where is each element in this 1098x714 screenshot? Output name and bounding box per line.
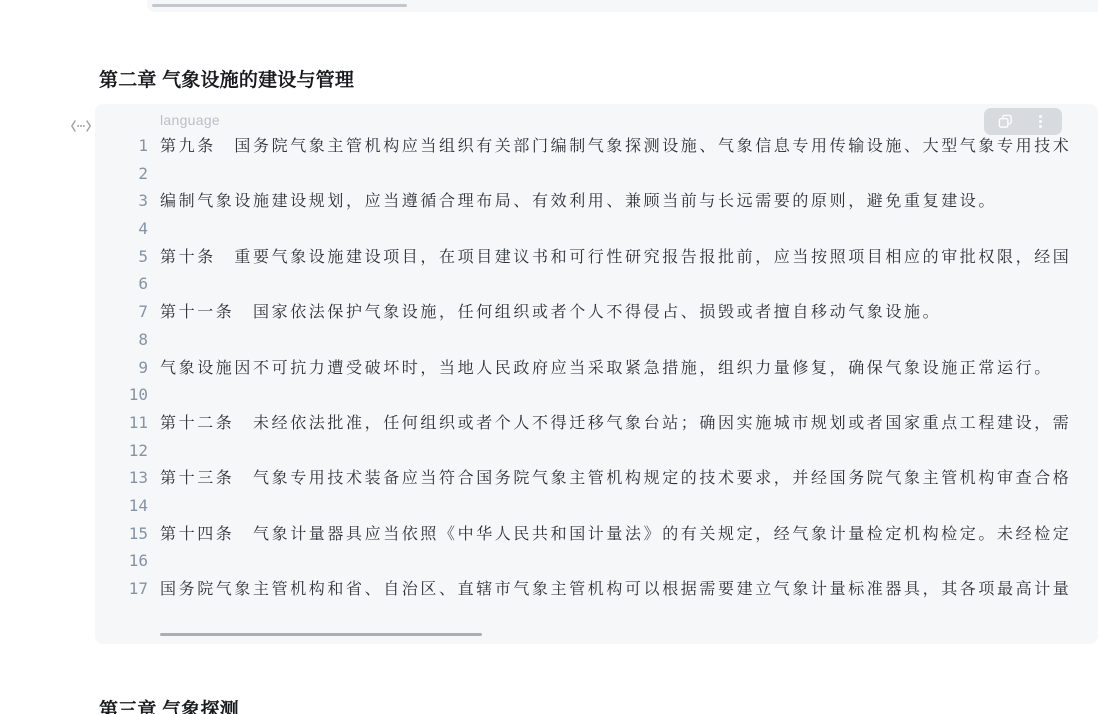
line-number: 16	[95, 547, 148, 575]
line-text: 气象设施因不可抗力遭受破坏时，当地人民政府应当采取紧急措施，组织力量修复，确保气…	[160, 354, 1053, 382]
code-content: 1第九条 国务院气象主管机构应当组织有关部门编制气象探测设施、气象信息专用传输设…	[95, 132, 1098, 603]
line-number: 7	[95, 298, 148, 326]
horizontal-scrollbar-thumb[interactable]	[160, 633, 482, 636]
previous-code-block-bottom	[147, 0, 1098, 12]
code-line: 2	[95, 160, 1098, 188]
code-line: 8	[95, 326, 1098, 354]
line-number: 8	[95, 326, 148, 354]
line-number: 12	[95, 437, 148, 465]
chapter-3-heading: 第三章 气象探测	[99, 695, 239, 714]
line-number: 10	[95, 381, 148, 409]
line-number: 2	[95, 160, 148, 188]
line-number: 3	[95, 187, 148, 215]
copy-icon	[998, 114, 1013, 129]
copy-button[interactable]	[993, 109, 1019, 135]
more-options-button[interactable]	[1027, 109, 1053, 135]
code-line: 6	[95, 270, 1098, 298]
code-block-toolbar	[984, 108, 1062, 135]
line-text: 第十三条 气象专用技术装备应当符合国务院气象主管机构规定的技术要求，并经国务院气…	[160, 464, 1071, 492]
code-language-selector[interactable]: language	[160, 112, 220, 128]
code-line: 11第十二条 未经依法批准，任何组织或者个人不得迁移气象台站；确因实施城市规划或…	[95, 409, 1098, 437]
line-number: 6	[95, 270, 148, 298]
code-block: language 1第九条 国务院气象主管机构应当组织有关部门编制气象探测设施、…	[95, 104, 1098, 644]
line-number: 17	[95, 575, 148, 603]
line-number: 4	[95, 215, 148, 243]
line-number: 15	[95, 520, 148, 548]
line-text: 第十一条 国家依法保护气象设施，任何组织或者个人不得侵占、损毁或者擅自移动气象设…	[160, 298, 941, 326]
code-angle-brackets-icon	[70, 118, 92, 134]
line-number: 5	[95, 243, 148, 271]
code-line: 13第十三条 气象专用技术装备应当符合国务院气象主管机构规定的技术要求，并经国务…	[95, 464, 1098, 492]
code-line: 4	[95, 215, 1098, 243]
line-text: 第十条 重要气象设施建设项目，在项目建议书和可行性研究报告报批前，应当按照项目相…	[160, 243, 1071, 271]
line-number: 11	[95, 409, 148, 437]
line-text: 第九条 国务院气象主管机构应当组织有关部门编制气象探测设施、气象信息专用传输设施…	[160, 132, 1071, 160]
line-text: 第十四条 气象计量器具应当依照《中华人民共和国计量法》的有关规定，经气象计量检定…	[160, 520, 1071, 548]
code-line: 15第十四条 气象计量器具应当依照《中华人民共和国计量法》的有关规定，经气象计量…	[95, 520, 1098, 548]
line-number: 13	[95, 464, 148, 492]
line-text: 国务院气象主管机构和省、自治区、直辖市气象主管机构可以根据需要建立气象计量标准器…	[160, 575, 1071, 603]
code-line: 14	[95, 492, 1098, 520]
code-line: 17国务院气象主管机构和省、自治区、直辖市气象主管机构可以根据需要建立气象计量标…	[95, 575, 1098, 603]
code-line: 1第九条 国务院气象主管机构应当组织有关部门编制气象探测设施、气象信息专用传输设…	[95, 132, 1098, 160]
horizontal-scrollbar-thumb[interactable]	[152, 4, 407, 7]
line-text: 编制气象设施建设规划，应当遵循合理布局、有效利用、兼顾当前与长远需要的原则，避免…	[160, 187, 997, 215]
code-line: 12	[95, 437, 1098, 465]
chapter-2-heading: 第二章 气象设施的建设与管理	[99, 65, 354, 92]
line-number: 1	[95, 132, 148, 160]
kebab-menu-icon	[1039, 115, 1042, 128]
code-line: 3编制气象设施建设规划，应当遵循合理布局、有效利用、兼顾当前与长远需要的原则，避…	[95, 187, 1098, 215]
code-line: 16	[95, 547, 1098, 575]
code-line: 7第十一条 国家依法保护气象设施，任何组织或者个人不得侵占、损毁或者擅自移动气象…	[95, 298, 1098, 326]
code-line: 9气象设施因不可抗力遭受破坏时，当地人民政府应当采取紧急措施，组织力量修复，确保…	[95, 354, 1098, 382]
line-text: 第十二条 未经依法批准，任何组织或者个人不得迁移气象台站；确因实施城市规划或者国…	[160, 409, 1071, 437]
code-line: 10	[95, 381, 1098, 409]
line-number: 9	[95, 354, 148, 382]
code-line: 5第十条 重要气象设施建设项目，在项目建议书和可行性研究报告报批前，应当按照项目…	[95, 243, 1098, 271]
line-number: 14	[95, 492, 148, 520]
